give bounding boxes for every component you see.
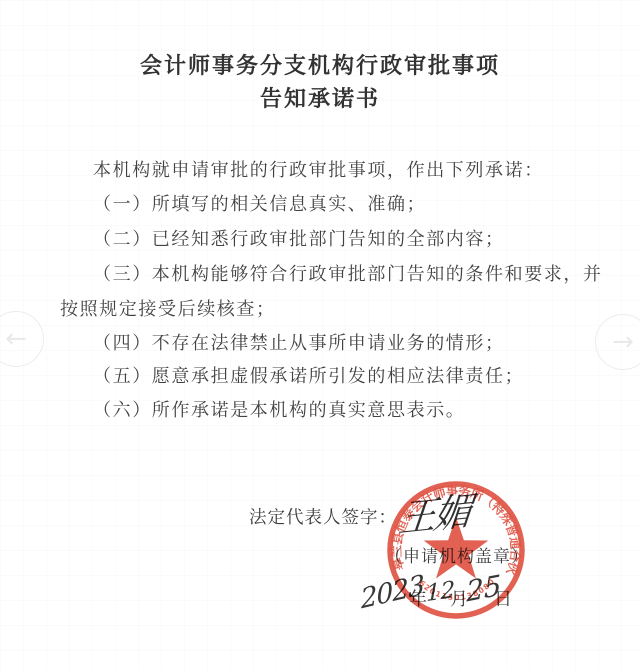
- body-item-4: （四）不存在法律禁止从事所申请业务的情形；: [93, 332, 623, 354]
- body-item-1: （一）所填写的相关信息真实、准确；: [93, 193, 623, 215]
- document-title-line1: 会计师事务分支机构行政审批事项: [0, 49, 640, 80]
- body-item-2: （二）已经知悉行政审批部门告知的全部内容；: [93, 228, 623, 250]
- handwritten-signature: 王媚: [396, 480, 472, 543]
- prev-image-button[interactable]: ←: [0, 311, 44, 367]
- handwritten-day: 25: [466, 568, 502, 608]
- body-item-3-continued: 按照规定接受后续核查；: [60, 298, 590, 320]
- handwritten-month: 12: [426, 577, 455, 607]
- legal-representative-signature-label: 法定代表人签字：: [249, 504, 397, 529]
- body-item-3: （三）本机构能够符合行政审批部门告知的条件和要求，并: [93, 263, 623, 285]
- body-intro-line: 本机构就申请审批的行政审批事项，作出下列承诺：: [93, 159, 623, 181]
- document-title-line2: 告知承诺书: [0, 82, 640, 113]
- arrow-left-icon: ←: [5, 326, 27, 352]
- applicant-seal-note: （申请机构盖章）: [385, 542, 529, 567]
- image-viewer: { "viewer": { "prev_icon": "←", "next_ic…: [0, 0, 640, 670]
- body-item-5: （五）愿意承担虚假承诺所引发的相应法律责任；: [93, 365, 623, 387]
- body-item-6: （六）所作承诺是本机构的真实意思表示。: [93, 399, 623, 421]
